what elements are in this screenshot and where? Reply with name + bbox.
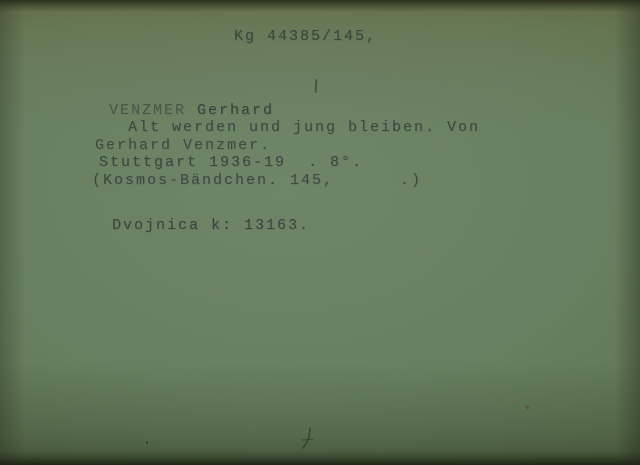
author-continuation-line: Gerhard Venzmer. bbox=[95, 137, 271, 154]
series-statement-line: (Kosmos-Bändchen. 145, .) bbox=[92, 172, 422, 189]
catalog-card-photo: Kg 44385/145, VENZMERGerhard Alt werden … bbox=[0, 0, 640, 465]
author-forename: Gerhard bbox=[197, 102, 274, 119]
imprint-line: Stuttgart 1936-19 . 8°. bbox=[99, 154, 363, 171]
dark-fleck bbox=[146, 441, 148, 444]
duplicate-note-line: Dvojnica k: 13163. bbox=[112, 217, 310, 234]
typed-tick-mark bbox=[315, 79, 318, 93]
pencil-hook-mark bbox=[300, 427, 316, 451]
rust-speck bbox=[526, 406, 529, 409]
author-surname: VENZMER bbox=[109, 102, 186, 119]
author-heading: VENZMERGerhard bbox=[109, 102, 274, 119]
call-number: Kg 44385/145, bbox=[234, 28, 377, 45]
title-line: Alt werden und jung bleiben. Von bbox=[95, 119, 480, 136]
